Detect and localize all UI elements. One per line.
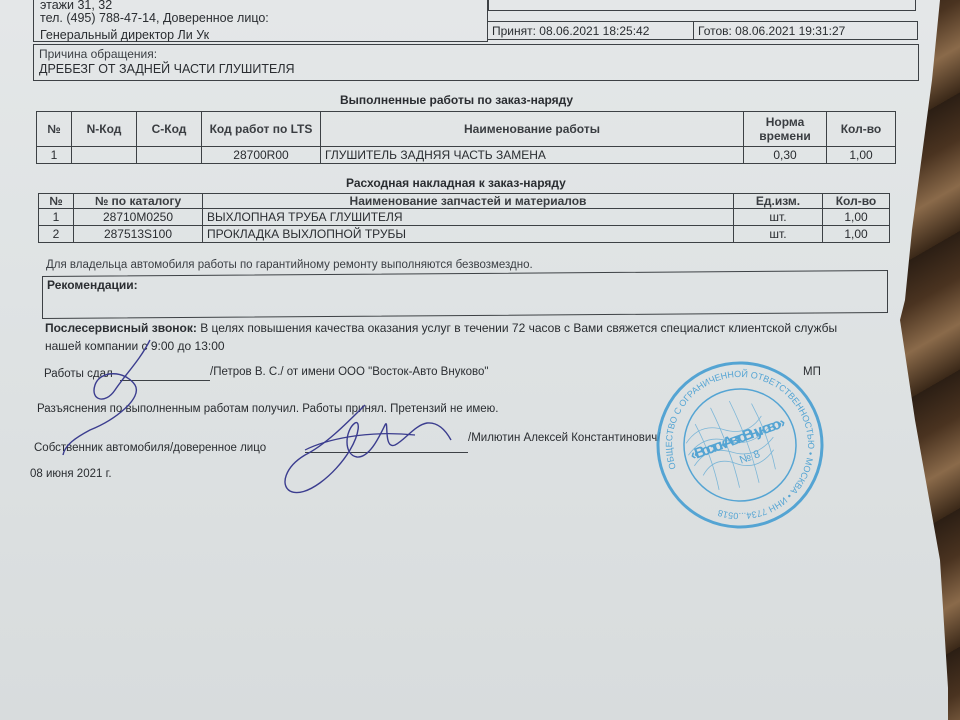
- cell-n-code: [72, 147, 137, 164]
- handed-by-name: /Петров В. С./ от имени ООО "Восток-Авто…: [210, 366, 488, 378]
- header-box-right-top: [488, 0, 916, 11]
- cell-lts-code: 28700R00: [202, 147, 321, 164]
- post-service-label: Послесервисный звонок:: [45, 321, 197, 335]
- works-title: Выполненные работы по заказ-наряду: [340, 93, 573, 107]
- cell-catalog: 287513S100: [74, 226, 203, 243]
- explanation-text: Разъяснения по выполненным работам получ…: [37, 403, 499, 415]
- cell-no: 2: [39, 226, 74, 243]
- col-catalog: № по каталогу: [74, 194, 203, 209]
- col-qty: Кол-во: [823, 194, 890, 209]
- owner-name: /Милютин Алексей Константинович/: [468, 432, 660, 444]
- col-work-name: Наименование работы: [321, 112, 744, 147]
- cell-qty: 1,00: [823, 209, 890, 226]
- cell-no: 1: [37, 147, 72, 164]
- col-n-code: N-Код: [72, 112, 137, 147]
- cell-qty: 1,00: [827, 147, 896, 164]
- handed-by-label: Работы сдал: [44, 368, 113, 380]
- cell-part-name: ВЫХЛОПНАЯ ТРУБА ГЛУШИТЕЛЯ: [203, 209, 734, 226]
- col-qty: Кол-во: [827, 112, 896, 147]
- table-row: 1 28710M0250 ВЫХЛОПНАЯ ТРУБА ГЛУШИТЕЛЯ ш…: [39, 209, 890, 226]
- col-norm-label: Норма времени: [755, 115, 815, 143]
- company-stamp: ОБЩЕСТВО С ОГРАНИЧЕННОЙ ОТВЕТСТВЕННОСТЬЮ…: [650, 355, 830, 535]
- owner-signature-line[interactable]: [305, 452, 468, 453]
- recommendations-label: Рекомендации:: [47, 278, 138, 292]
- cell-catalog: 28710M0250: [74, 209, 203, 226]
- cell-qty: 1,00: [823, 226, 890, 243]
- owner-label: Собственник автомобиля/доверенное лицо: [34, 442, 266, 454]
- col-lts-code: Код работ по LTS: [202, 112, 321, 147]
- col-part-name: Наименование запчастей и материалов: [203, 194, 734, 209]
- post-service-text: Послесервисный звонок: В целях повышения…: [45, 321, 837, 335]
- col-norm: Норма времени: [744, 112, 827, 147]
- col-no: №: [39, 194, 74, 209]
- col-unit: Ед.изм.: [734, 194, 823, 209]
- cell-unit: шт.: [734, 209, 823, 226]
- cell-norm: 0,30: [744, 147, 827, 164]
- parts-table: № № по каталогу Наименование запчастей и…: [38, 193, 890, 243]
- accepted-time: Принят: 08.06.2021 18:25:42: [492, 24, 649, 38]
- director-line: Генеральный директор Ли Ук: [40, 28, 209, 42]
- reason-label: Причина обращения:: [39, 47, 157, 61]
- stamp-number: № 8: [738, 448, 762, 466]
- warranty-note: Для владельца автомобиля работы по гаран…: [46, 259, 533, 271]
- cell-unit: шт.: [734, 226, 823, 243]
- cell-work-name: ГЛУШИТЕЛЬ ЗАДНЯЯ ЧАСТЬ ЗАМЕНА: [321, 147, 744, 164]
- ready-time: Готов: 08.06.2021 19:31:27: [698, 24, 845, 38]
- col-c-code: C-Код: [137, 112, 202, 147]
- post-service-line1: В целях повышения качества оказания услу…: [200, 321, 837, 335]
- document-date: 08 июня 2021 г.: [30, 468, 112, 480]
- parts-title: Расходная накладная к заказ-наряду: [346, 176, 566, 190]
- recommendations-box: [42, 270, 888, 319]
- col-no: №: [37, 112, 72, 147]
- table-row: 2 287513S100 ПРОКЛАДКА ВЫХЛОПНОЙ ТРУБЫ ш…: [39, 226, 890, 243]
- cell-part-name: ПРОКЛАДКА ВЫХЛОПНОЙ ТРУБЫ: [203, 226, 734, 243]
- cell-c-code: [137, 147, 202, 164]
- works-table: № N-Код C-Код Код работ по LTS Наименова…: [36, 111, 896, 164]
- reason-value: ДРЕБЕЗГ ОТ ЗАДНЕЙ ЧАСТИ ГЛУШИТЕЛЯ: [39, 62, 295, 76]
- post-service-line2: нашей компании с 9:00 до 13:00: [45, 339, 225, 353]
- handed-by-signature-line[interactable]: [120, 380, 210, 381]
- table-row: 1 28700R00 ГЛУШИТЕЛЬ ЗАДНЯЯ ЧАСТЬ ЗАМЕНА…: [37, 147, 896, 164]
- cell-no: 1: [39, 209, 74, 226]
- phone-line: тел. (495) 788-47-14, Доверенное лицо:: [40, 11, 269, 25]
- document-page: этажи 31, 32 тел. (495) 788-47-14, Довер…: [0, 0, 948, 720]
